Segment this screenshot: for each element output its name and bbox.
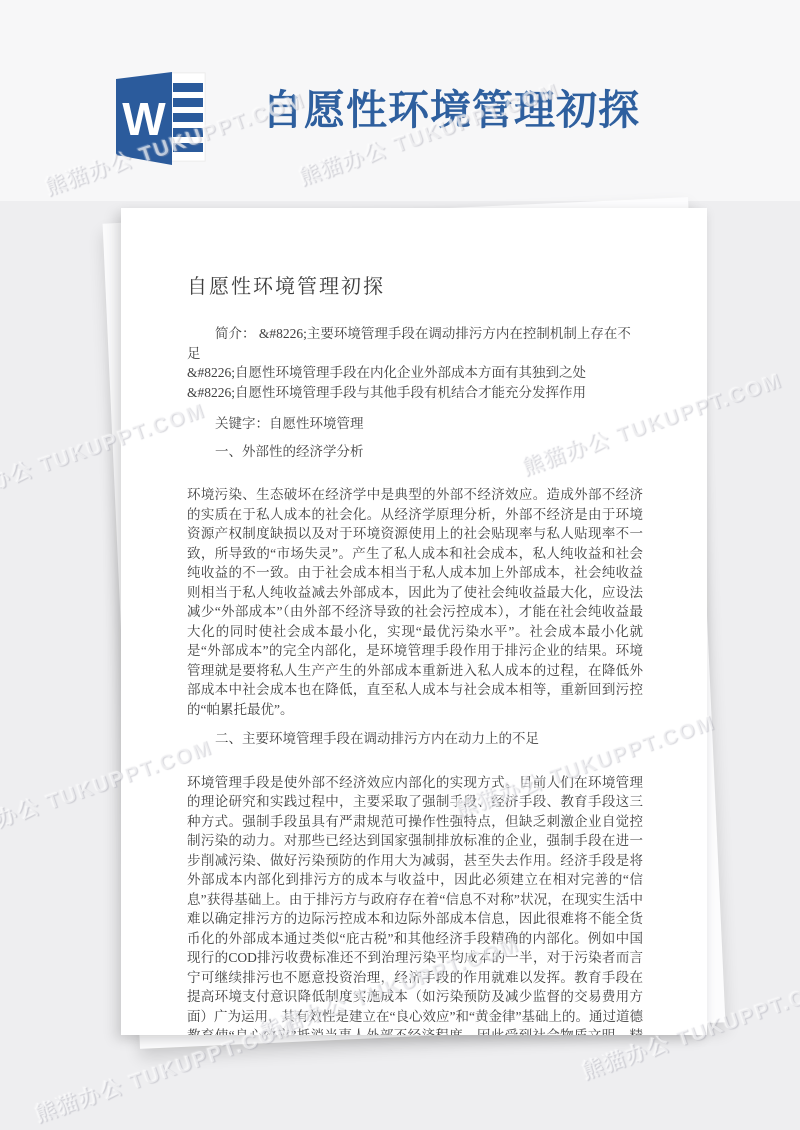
word-icon: W	[114, 71, 206, 166]
document-preview-canvas: W 自愿性环境管理初探 自愿性环境管理初探 简介： &#8226;主要环境管理手…	[0, 0, 800, 1130]
document-page: 自愿性环境管理初探 简介： &#8226;主要环境管理手段在调动排污方内在控制机…	[121, 208, 707, 1035]
word-icon-letter: W	[122, 93, 166, 145]
intro-line-3: &#8226;自愿性环境管理手段与其他手段有机结合才能充分发挥作用	[187, 383, 643, 403]
header-bar: W 自愿性环境管理初探	[0, 0, 800, 201]
keywords-line: 关键字：自愿性环境管理	[187, 414, 643, 434]
document-title: 自愿性环境管理初探	[187, 274, 643, 300]
page-title: 自愿性环境管理初探	[262, 86, 640, 135]
paragraph-2: 环境管理手段是使外部不经济效应内部化的实现方式。目前人们在环境管理的理论研究和实…	[187, 773, 643, 1036]
intro-line-1: 简介： &#8226;主要环境管理手段在调动排污方内在控制机制上存在不足	[187, 324, 643, 363]
paragraph-1: 环境污染、生态破坏在经济学中是典型的外部不经济效应。造成外部不经济的实质在于私人…	[187, 485, 643, 719]
section-heading-1: 一、外部性的经济学分析	[187, 442, 643, 462]
intro-line-2: &#8226;自愿性环境管理手段在内化企业外部成本方面有其独到之处	[187, 363, 643, 383]
section-heading-2: 二、主要环境管理手段在调动排污方内在动力上的不足	[187, 729, 643, 749]
